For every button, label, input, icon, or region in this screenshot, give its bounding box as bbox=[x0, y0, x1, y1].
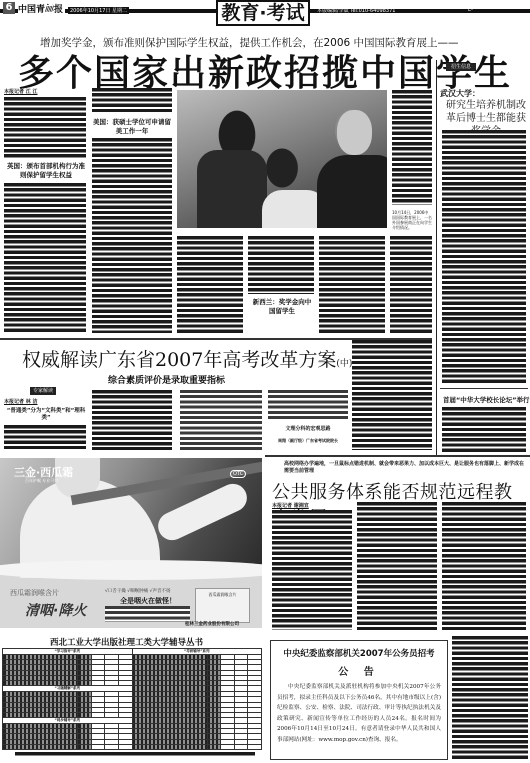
section-title: 教育·考试 bbox=[216, 0, 310, 26]
gaokao-subtitle: 综合素质评价是录取重要指标 bbox=[108, 373, 225, 386]
column-rule bbox=[436, 60, 437, 455]
lead-body-col3a bbox=[177, 236, 243, 333]
book-ad-title: 西北工业大学出版社理工类大学辅导丛书 bbox=[50, 636, 203, 648]
lead-body-col2b bbox=[92, 138, 172, 333]
product-box: 西瓜霜润喉含片 bbox=[195, 588, 250, 623]
lead-body-col2 bbox=[92, 88, 172, 113]
otc-badge: OTC bbox=[230, 470, 246, 478]
editor-line: 本版编辑/李斌 Tel:010-64098371 bbox=[317, 7, 395, 14]
lead-byline: 本报记者 江 江 bbox=[4, 88, 37, 95]
sidebar-body bbox=[442, 130, 526, 385]
photo-caption: 10月14日，2006中国国际教育展上，一名外国参展商正在向学生介绍情况。 bbox=[392, 210, 432, 230]
ad-brand-slogan: 百年护喉 专业可口 bbox=[25, 478, 58, 484]
ad-script-text: 清咽·降火 bbox=[25, 600, 86, 620]
expert-tag: 专家解读 bbox=[30, 387, 56, 395]
book-table: “学习指导”系列“考研辅导”系列 “习题精解”系列 “同步辅导”系列 bbox=[2, 648, 262, 750]
lead-body-col1b bbox=[4, 183, 86, 333]
gaokao-inline-heading: 文理分科的宏观思路 bbox=[272, 425, 344, 434]
decorative-stripes: ///// bbox=[45, 5, 53, 13]
notice-title: 中央纪委监察部机关2007年公务员招考 bbox=[277, 647, 441, 659]
sidebar-kicker: 武汉大学： bbox=[440, 88, 480, 99]
gaokao-body-col3 bbox=[180, 390, 262, 450]
email-line: E-mail:jiaoyu@cyol.com.cn bbox=[468, 7, 530, 19]
ad-company: 桂林三金药业股份有限公司 bbox=[185, 621, 239, 627]
ad-slogan: 全是咽火在做怪！ bbox=[120, 596, 176, 606]
sidebar-headline-2: 首届“中华大学校长论坛”举行 bbox=[443, 395, 530, 404]
ad-claims: √口舌干燥 √咽喉肿痛 √声音不扬 bbox=[105, 588, 170, 594]
page-number: 6 bbox=[3, 2, 15, 14]
lead-subhead-us: 美国：获硕士学位可申请留美工作一年 bbox=[92, 118, 172, 136]
sidebar-rule bbox=[440, 388, 528, 389]
issue-date: 2006年10月17日 星期二 bbox=[68, 7, 129, 14]
lead-body-col3b bbox=[248, 236, 314, 294]
remote-edu-col2 bbox=[357, 502, 437, 630]
gaokao-headline: 权威解读广东省2007年高考改革方案(中) bbox=[22, 345, 352, 372]
gaokao-byline: 本报记者 林 洁 bbox=[4, 398, 37, 405]
throat-lozenge-ad[interactable]: 三金·西瓜霜 百年护喉 专业可口 OTC 西瓜霜润喉含片 清咽·降火 √口舌干燥… bbox=[0, 458, 262, 628]
lead-photo bbox=[177, 90, 387, 228]
ad-description bbox=[105, 606, 190, 622]
civil-service-notice: 中央纪委监察部机关2007年公务员招考 公 告 中央纪委监察部机关及派驻机构将参… bbox=[270, 640, 448, 760]
sidebar-body-2 bbox=[442, 407, 526, 452]
lead-body-col1 bbox=[4, 97, 86, 159]
lead-subhead-nz: 新西兰：奖学金向中国留学生 bbox=[250, 298, 314, 316]
notice-subtitle: 公 告 bbox=[277, 663, 441, 678]
remote-edu-col1 bbox=[272, 510, 352, 630]
gaokao-subhead: “普通类”分为“文科类”和“理科类” bbox=[6, 408, 86, 422]
remote-edu-col3 bbox=[442, 502, 526, 632]
gaokao-body-col5 bbox=[352, 340, 432, 450]
ad-product-name: 西瓜霜润喉含片 bbox=[10, 588, 59, 598]
gaokao-body-col4 bbox=[268, 390, 348, 420]
remote-edu-col3b bbox=[452, 636, 528, 761]
gaokao-body-col2 bbox=[92, 390, 172, 450]
gaokao-inline-byline: 周翔（副厅级）广东省考试院院长 bbox=[268, 436, 348, 445]
lead-subhead-uk: 英国：颁布首部机构行为准则保护留学生权益 bbox=[6, 162, 86, 180]
lead-body-col3d bbox=[390, 236, 432, 333]
paper-name: 中国青年报 bbox=[18, 2, 65, 15]
lead-body-col3c bbox=[319, 236, 385, 333]
remote-edu-byline: 本报记者 谢湘宜 bbox=[272, 502, 309, 509]
notice-body: 中央纪委监察部机关及派驻机构将参加中央机关2007年公务员招考，拟录主任科员及以… bbox=[277, 682, 441, 745]
lead-body-col4 bbox=[392, 90, 432, 205]
remote-edu-kicker: 高校网络办学遍地，一旦鼠标点错进机制、就会带来恶果力、加以成本巨大、是让服务也有… bbox=[284, 460, 524, 474]
sidebar-tag: 招生信息 bbox=[446, 63, 476, 71]
ad-swoosh bbox=[0, 560, 262, 580]
gaokao-body-col1 bbox=[4, 425, 86, 451]
section-rule-2 bbox=[265, 455, 530, 457]
book-ad-footer bbox=[15, 752, 255, 756]
table-row bbox=[3, 744, 262, 749]
